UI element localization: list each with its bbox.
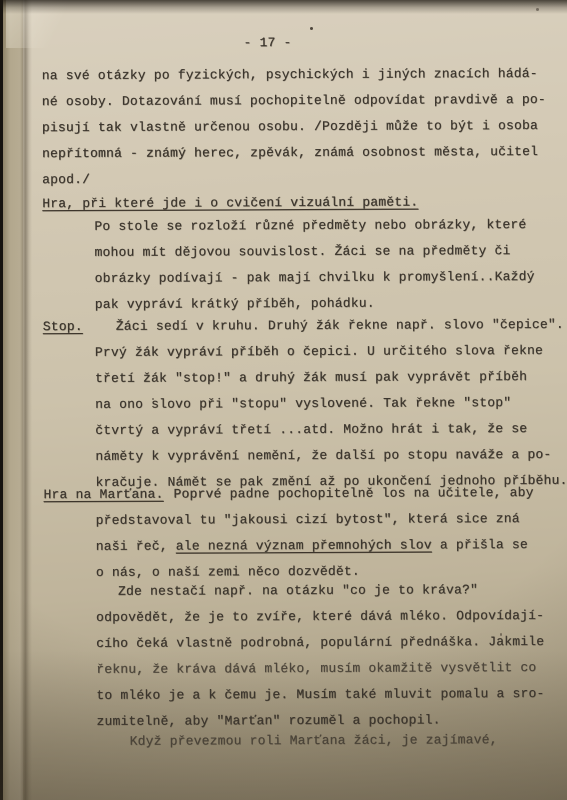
- underlined-text-segment: ale nezná význam přemnohých slov: [176, 537, 432, 553]
- text-line: na své otázky po fyzických, psychických …: [42, 61, 554, 89]
- text-line: představoval tu "jakousi cizí bytost", k…: [96, 506, 556, 534]
- section-label-line: Hra na Marťana.Poprvé padne pochopitelně…: [43, 480, 555, 508]
- text-line: Prvý žák vypráví příběh o čepici. U urči…: [95, 338, 555, 366]
- scanned-typewritten-page: - 17 - na své otázky po fyzických, psych…: [0, 0, 567, 800]
- text-line: mohou mít dějovou souvislost. Žáci se na…: [94, 238, 554, 266]
- text-line: náměty k vyprávění nemění, že další po s…: [95, 442, 555, 470]
- text-line: čtvrtý a vypráví třetí ...atd. Možno hrá…: [95, 416, 555, 444]
- text-line: Když převezmou roli Marťana žáci, je zaj…: [130, 727, 557, 755]
- text-line: obrázky podívají - pak mají chvilku k pr…: [95, 264, 555, 292]
- text-line: cího čeká vlastně podrobná, populární př…: [96, 629, 556, 657]
- text-segment: a přišla se: [432, 537, 528, 552]
- page-number: - 17 -: [243, 29, 553, 56]
- text-line: nepřítomná - známý herec, zpěvák, známá …: [42, 139, 554, 167]
- stop-game-section: Stop.Žáci sedí v kruhu. Druhý žák řekne …: [43, 312, 556, 496]
- text-line: pisují tak vlastně určenou osobu. /Pozdě…: [42, 113, 554, 141]
- martian-game-section: Hra na Marťana.Poprvé padne pochopitelně…: [43, 480, 555, 586]
- text-line: Po stole se rozloží různé předměty nebo …: [94, 212, 554, 240]
- section-label-line: Stop.Žáci sedí v kruhu. Druhý žák řekne …: [43, 312, 555, 340]
- stop-game-label: Stop.: [43, 319, 83, 334]
- text-segment: naši řeč,: [96, 539, 176, 554]
- text-line: Poprvé padne pochopitelně los na učitele…: [174, 485, 534, 502]
- section-heading-text: Hra, při které jde i o cvičení vizuální …: [42, 194, 418, 211]
- typed-text-block: - 17 - na své otázky po fyzických, psych…: [41, 0, 556, 755]
- text-line: na ono slovo při "stopu" vyslovené. Tak …: [95, 390, 555, 418]
- text-line: né osoby. Dotazování musí pochopitelně o…: [42, 87, 554, 115]
- text-line: Zde nestačí např. na otázku "co je to kr…: [118, 577, 556, 605]
- text-line: odpovědět, že je to zvíře, které dává ml…: [96, 603, 556, 631]
- text-line: to mléko je a k čemu je. Musím také mluv…: [96, 681, 556, 709]
- text-line: řeknu, že kráva dává mléko, musím okamži…: [96, 655, 556, 683]
- intro-paragraph: na své otázky po fyzických, psychických …: [42, 61, 555, 193]
- closing-paragraph: Když převezmou roli Marťana žáci, je zaj…: [45, 727, 557, 755]
- text-line: třetí žák "stop!" a druhý žák musí pak v…: [95, 364, 555, 392]
- visual-memory-paragraph: Po stole se rozloží různé předměty nebo …: [42, 212, 554, 318]
- text-line: Žáci sedí v kruhu. Druhý žák řekne např.…: [116, 317, 564, 334]
- text-line-with-underline: naši řeč, ale nezná význam přemnohých sl…: [96, 532, 556, 560]
- martian-example-paragraph: Zde nestačí např. na otázku "co je to kr…: [44, 577, 557, 735]
- martian-game-label: Hra na Marťana.: [43, 487, 163, 503]
